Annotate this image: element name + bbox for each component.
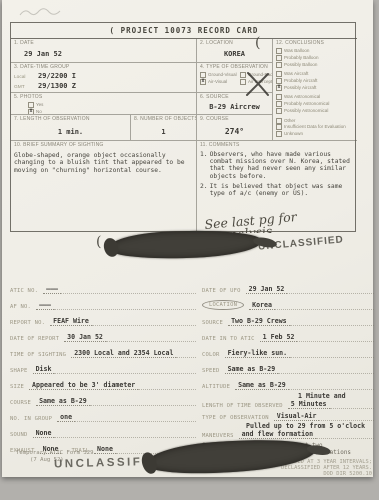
comment-text: Observers, who have made various combat …: [210, 151, 354, 180]
option-label: Air-Visual: [208, 80, 227, 85]
row-label: LENGTH OF TIME OBSERVED: [202, 403, 283, 409]
row-value: Disk: [33, 365, 55, 374]
comment-number: 2.: [200, 183, 208, 197]
option-label: No: [36, 110, 42, 115]
type-obs-option: Ground-Visual: [200, 72, 236, 78]
field-comments: 11. COMMENTS 1.Observers, who have made …: [197, 141, 357, 233]
field-length-of-observation: 7. LENGTH OF OBSERVATION 1 min.: [11, 115, 131, 141]
form-row: ALTITUDESame as B-29: [202, 376, 374, 392]
form-row: TYPE OF OBSERVATIONVisual-Air: [202, 410, 374, 422]
row-value: 2300 Local and 2354 Local: [71, 349, 176, 358]
checkbox: [276, 48, 282, 54]
redaction-scribble: [110, 229, 263, 260]
row-value: None: [94, 445, 116, 454]
dotted-line: [54, 437, 196, 438]
row-label: SIZE: [10, 384, 24, 390]
conclusions-label: 12. CONCLUSIONS: [276, 40, 354, 46]
field-photos: 5. PHOTOS Yes XNo: [11, 93, 197, 115]
conclusion-item: Other: [276, 117, 354, 124]
dotted-line: [275, 309, 374, 310]
comment-text: It is believed that object was same type…: [210, 183, 354, 197]
conclusion-item: Insufficient Data for Evaluation: [276, 124, 354, 131]
conclusion-label: Was Balloon: [284, 49, 309, 54]
row-label: SOURCE: [202, 320, 223, 326]
dotted-line: [92, 325, 196, 326]
form-row: REPORT NO.FEAF Wire: [10, 312, 196, 328]
conclusion-label: Was Aircraft: [284, 72, 308, 77]
course-value: 274°: [200, 127, 269, 136]
source-value: B-29 Aircrew: [200, 103, 269, 111]
dtg-gmt-label: GMT: [14, 85, 32, 90]
field-date-time-group: 3. DATE-TIME GROUP Local29/2200 I GMT29/…: [11, 63, 197, 93]
form-row: COURSESame as B-29: [10, 392, 196, 408]
dotted-line: [287, 293, 374, 294]
declass-line-2: DECLASSIFIED AFTER 12 YEARS.: [281, 465, 372, 471]
conclusion-label: Was Astronomical: [284, 95, 320, 100]
dotted-line: [176, 357, 196, 358]
maneuvers-pre-line: Pulled up to 29 from 5 o'clock: [246, 422, 374, 430]
row-value: Korea: [249, 301, 275, 310]
checkbox-checked: X: [200, 79, 206, 85]
row-value: None: [33, 429, 55, 438]
conclusion-label: Probably Aircraft: [284, 79, 317, 84]
conclusion-item: XPossibly Aircraft: [276, 84, 354, 91]
photos-option-yes: Yes: [28, 102, 193, 108]
record-card: ( PROJECT 10073 RECORD CARD ( 1. DATE 29…: [10, 22, 356, 232]
comment-number: 1.: [200, 151, 208, 180]
dotted-line: [290, 357, 374, 358]
row-label: REPORT NO.: [10, 320, 45, 326]
handwritten-x-mark: [245, 71, 271, 97]
option-label: Ground-Visual: [208, 73, 237, 78]
field-date: 1. DATE 29 Jan 52: [11, 39, 197, 63]
conclusion-item: Was Aircraft: [276, 71, 354, 78]
conclusion-label: Insufficient Data for Evaluation: [284, 125, 346, 130]
row-label: AF NO.: [10, 304, 31, 310]
type-obs-option: XAir-Visual: [200, 79, 236, 85]
row-value: 1 Feb 52: [260, 333, 298, 342]
form-row: ATIC NO.———: [10, 280, 196, 296]
dotted-line: [297, 341, 374, 342]
form-row: NO. IN GROUPone: [10, 408, 196, 424]
dotted-line: [106, 341, 196, 342]
lower-form-left-column: ATIC NO.——— AF NO.——— REPORT NO.FEAF Wir…: [10, 280, 196, 456]
field-location-value: KOREA: [200, 50, 269, 58]
checkbox: [276, 78, 282, 84]
row-value: ———: [43, 285, 61, 294]
scanned-document: ( PROJECT 10073 RECORD CARD ( 1. DATE 29…: [0, 0, 379, 500]
row-value: Appeared to be 3' diameter: [29, 381, 138, 390]
row-value: one: [57, 413, 75, 422]
conclusion-label: Probably Balloon: [284, 56, 318, 61]
dotted-line: [290, 325, 374, 326]
field-location: 2. LOCATION KOREA: [197, 39, 273, 63]
row-value: Two B-29 Crews: [228, 317, 290, 326]
checkbox: [28, 102, 34, 108]
checkbox: [276, 124, 282, 130]
dotted-line: [278, 373, 374, 374]
row-value: FEAF Wire: [50, 317, 92, 326]
option-label: Yes: [36, 103, 43, 108]
form-row: SOUNDNone: [10, 424, 196, 440]
conclusion-label: Possibly Aircraft: [284, 86, 316, 91]
form-id-line-1: Temporary ATIC Form 329: [16, 450, 93, 456]
paper-sheet: ( PROJECT 10073 RECORD CARD ( 1. DATE 29…: [2, 0, 373, 477]
form-row: LOCATIONKorea: [202, 296, 374, 312]
row-label: TYPE OF OBSERVATION: [202, 415, 269, 421]
conclusion-label: Unknown: [284, 132, 303, 137]
row-label: MANEUVERS: [202, 433, 234, 439]
row-value: and flew formation: [239, 430, 316, 439]
conclusion-item: Possibly Balloon: [276, 61, 354, 68]
form-row: MANEUVERSand flew formation: [202, 430, 374, 440]
conclusion-label: Possibly Balloon: [284, 62, 317, 67]
checkbox: [276, 94, 282, 100]
conclusion-label: Other: [284, 118, 295, 123]
checkbox: [276, 55, 282, 61]
row-label: TIME OF SIGHTING: [10, 352, 66, 358]
dotted-line: [61, 293, 196, 294]
row-value: 5 Minutes: [288, 400, 330, 409]
row-label-circled: LOCATION: [202, 300, 244, 310]
length-obs-value: 1 min.: [14, 128, 127, 136]
row-value: Same as B-29: [225, 365, 279, 374]
field-number-of-objects: 8. NUMBER OF OBJECTS 1: [131, 115, 197, 141]
form-row: SOURCETwo B-29 Crews: [202, 312, 374, 328]
row-label: SOUND: [10, 432, 28, 438]
dotted-line: [90, 405, 196, 406]
row-label: SHAPE: [10, 368, 28, 374]
dtg-local-label: Local: [14, 75, 32, 80]
paren-mark: (: [96, 234, 101, 250]
form-row: DATE IN TO ATIC1 Feb 52: [202, 328, 374, 344]
conclusion-item: Was Balloon: [276, 48, 354, 55]
row-value: Visual-Air: [274, 412, 320, 421]
num-objects-label: 8. NUMBER OF OBJECTS: [134, 116, 193, 122]
course-label: 9. COURSE: [200, 116, 269, 122]
field-conclusions: 12. CONCLUSIONS Was Balloon Probably Bal…: [273, 39, 357, 141]
checkbox: [276, 101, 282, 107]
row-label: ALTITUDE: [202, 384, 230, 390]
form-row: SPEEDSame as B-29: [202, 360, 374, 376]
row-value: 30 Jan 52: [64, 333, 106, 342]
conclusion-item: Possibly Astronomical: [276, 108, 354, 115]
form-row: SHAPEDisk: [10, 360, 196, 376]
length-time-pre-line: 1 Minute and: [298, 392, 374, 400]
dtg-gmt-value: 29/1300 Z: [38, 82, 76, 90]
card-title-text: PROJECT 10073 RECORD CARD: [121, 26, 259, 35]
comment-item: 2.It is believed that object was same ty…: [200, 183, 354, 197]
field-date-label: 1. DATE: [14, 40, 193, 46]
dtg-label: 3. DATE-TIME GROUP: [14, 64, 193, 70]
row-label: DATE OF UFO: [202, 288, 241, 294]
field-date-value: 29 Jan 52: [24, 50, 193, 58]
form-row: DATE OF UFO29 Jan 52: [202, 280, 374, 296]
conclusion-item: Probably Balloon: [276, 55, 354, 62]
row-value: Fiery-like sun.: [225, 349, 291, 358]
checkbox: [276, 108, 282, 114]
row-label: NO. IN GROUP: [10, 416, 52, 422]
form-row: SIZEAppeared to be 3' diameter: [10, 376, 196, 392]
comments-label: 11. COMMENTS: [200, 142, 354, 148]
type-obs-label: 4. TYPE OF OBSERVATION: [200, 64, 269, 70]
dotted-line: [319, 420, 374, 421]
row-value: ———: [36, 301, 54, 310]
dotted-line: [54, 309, 196, 310]
conclusion-item: Unknown: [276, 131, 354, 138]
dotted-line: [54, 373, 196, 374]
form-row: COLORFiery-like sun.: [202, 344, 374, 360]
dotted-line: [316, 438, 374, 439]
paren-mark: (: [255, 35, 260, 51]
summary-label: 10. BRIEF SUMMARY OF SIGHTING: [14, 142, 193, 148]
field-brief-summary: 10. BRIEF SUMMARY OF SIGHTING Globe-shap…: [11, 141, 197, 233]
conclusion-label: Possibly Astronomical: [284, 109, 328, 114]
open-paren: (: [110, 26, 116, 35]
row-value: Same as B-29: [36, 397, 90, 406]
handwritten-note: See last pg for analysis: [204, 211, 298, 233]
checkbox-checked: X: [276, 85, 282, 91]
form-row: TIME OF SIGHTING2300 Local and 2354 Loca…: [10, 344, 196, 360]
row-label: DATE IN TO ATIC: [202, 336, 255, 342]
declass-line-3: DOD DIR 5200.10: [323, 471, 372, 477]
row-label: COLOR: [202, 352, 220, 358]
checkbox: [276, 131, 282, 137]
checkbox: [200, 72, 206, 78]
photos-label: 5. PHOTOS: [14, 94, 193, 100]
checkbox: [276, 118, 282, 124]
form-row: DATE OF REPORT30 Jan 52: [10, 328, 196, 344]
row-label: DATE OF REPORT: [10, 336, 59, 342]
checkbox: [276, 71, 282, 77]
num-objects-value: 1: [134, 128, 193, 136]
conclusion-item: Probably Aircraft: [276, 78, 354, 85]
row-value: Same as B-29: [235, 381, 289, 390]
summary-text: Globe-shaped, orange object occasionally…: [14, 152, 193, 174]
row-value: 29 Jan 52: [246, 285, 288, 294]
card-title: ( PROJECT 10073 RECORD CARD: [11, 23, 357, 39]
form-row: AF NO.———: [10, 296, 196, 312]
checkbox: [276, 62, 282, 68]
comment-item: 1.Observers, who have made various comba…: [200, 151, 354, 180]
length-obs-label: 7. LENGTH OF OBSERVATION: [14, 116, 127, 122]
dotted-line: [330, 408, 375, 409]
conclusion-item: Probably Astronomical: [276, 101, 354, 108]
field-course: 9. COURSE 274°: [197, 115, 273, 141]
row-label: ATIC NO.: [10, 288, 38, 294]
pencil-squiggle-mark: [18, 6, 62, 20]
conclusion-label: Probably Astronomical: [284, 102, 329, 107]
dotted-line: [138, 389, 196, 390]
dtg-local-value: 29/2200 I: [38, 72, 76, 80]
dotted-line: [289, 389, 374, 390]
row-label: COURSE: [10, 400, 31, 406]
conclusion-item: Was Astronomical: [276, 94, 354, 101]
dotted-line: [75, 421, 196, 422]
row-label: SPEED: [202, 368, 220, 374]
form-row: LENGTH OF TIME OBSERVED5 Minutes: [202, 400, 374, 410]
